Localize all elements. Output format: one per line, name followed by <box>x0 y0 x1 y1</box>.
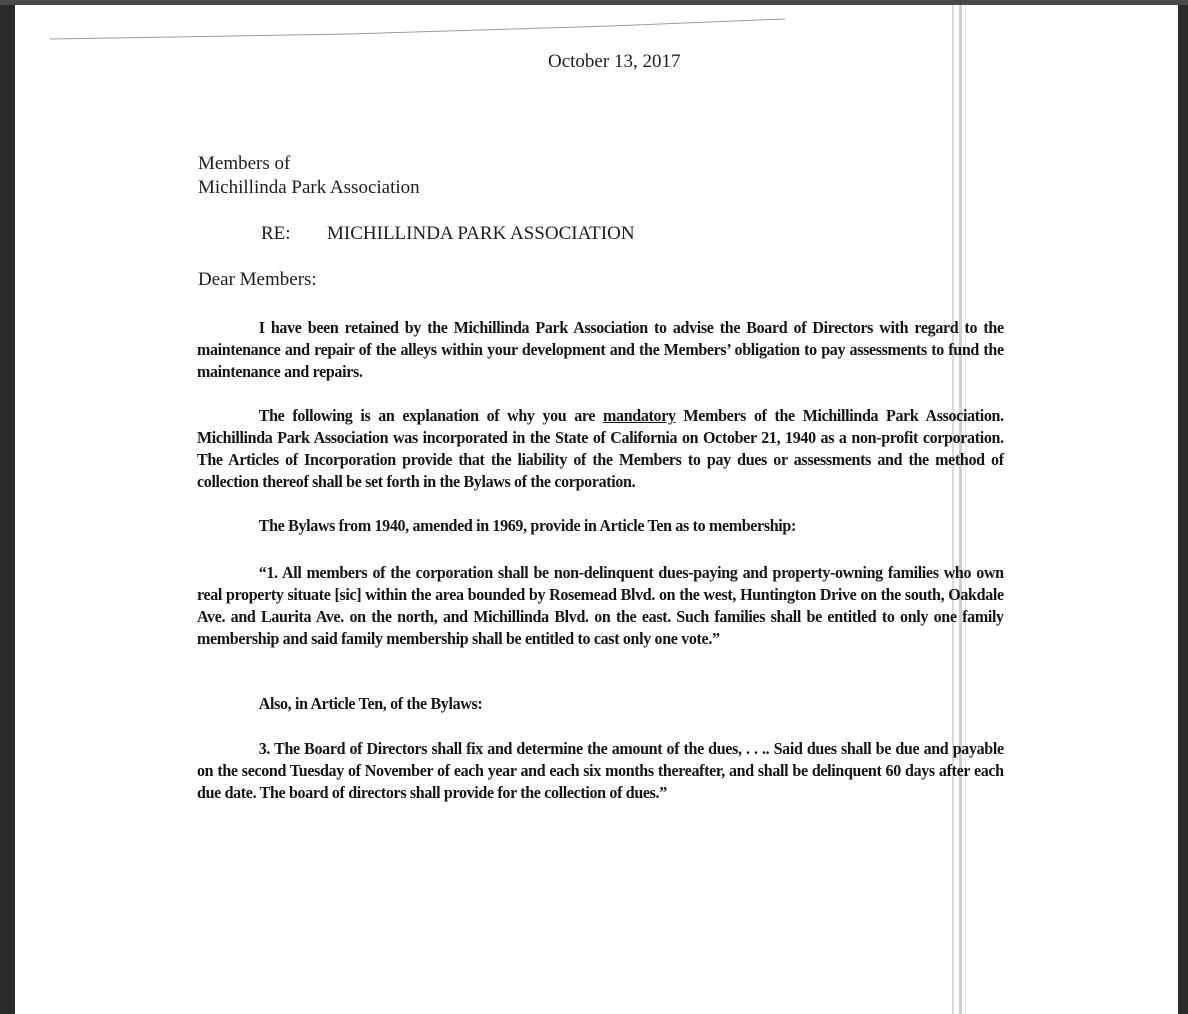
paragraph-text: I have been retained by the Michillinda … <box>197 318 1004 381</box>
scan-artifact-line <box>50 17 785 41</box>
paragraph-mandatory-membership: The following is an explanation of why y… <box>197 405 1004 493</box>
addressee-block: Members of Michillinda Park Association <box>198 152 420 200</box>
salutation: Dear Members: <box>198 269 317 291</box>
paragraph-bylaws-intro: The Bylaws from 1940, amended in 1969, p… <box>197 515 1004 537</box>
scan-artifact-vertical <box>965 5 966 1014</box>
paragraph-text: The following is an explanation of why y… <box>259 406 603 425</box>
addressee-line-2: Michillinda Park Association <box>198 176 420 200</box>
paragraph-retention: I have been retained by the Michillinda … <box>197 317 1004 383</box>
paragraph-article-ten: Also, in Article Ten, of the Bylaws: <box>197 693 1004 715</box>
addressee-line-1: Members of <box>198 152 420 176</box>
paragraph-text: 3. The Board of Directors shall fix and … <box>197 739 1004 802</box>
paragraph-bylaws-quote-1: “1. All members of the corporation shall… <box>197 562 1004 650</box>
re-subject: MICHILLINDA PARK ASSOCIATION <box>327 223 635 244</box>
scan-artifact-vertical <box>959 5 962 1014</box>
re-label: RE: <box>261 223 327 245</box>
scan-artifact-vertical <box>952 5 954 1014</box>
re-line: RE:MICHILLINDA PARK ASSOCIATION <box>261 223 635 245</box>
scanned-letter-page: October 13, 2017 Members of Michillinda … <box>15 5 1178 1014</box>
paragraph-bylaws-quote-3: 3. The Board of Directors shall fix and … <box>197 738 1004 804</box>
paragraph-text: “1. All members of the corporation shall… <box>197 563 1004 648</box>
underlined-word: mandatory <box>603 406 676 425</box>
paragraph-text: The Bylaws from 1940, amended in 1969, p… <box>259 516 796 535</box>
paragraph-text: Also, in Article Ten, of the Bylaws: <box>259 694 483 713</box>
letter-date: October 13, 2017 <box>548 51 680 73</box>
